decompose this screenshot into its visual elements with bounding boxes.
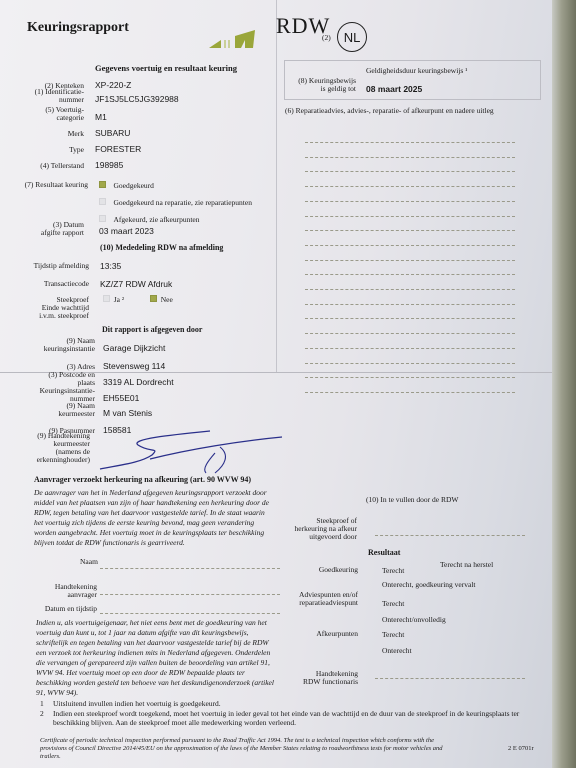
date-value: 03 maart 2023 — [99, 226, 154, 236]
field-value: M1 — [95, 112, 107, 122]
date-label: (3) Datum afgifte rapport — [2, 221, 84, 237]
issuer-label: (9) Naam keurmeester — [13, 402, 95, 418]
repair-line[interactable] — [305, 333, 515, 335]
performed-label: Steekproef of herkeuring na afkeur uitge… — [275, 517, 357, 541]
name-label: Naam — [80, 557, 98, 566]
repair-line[interactable] — [305, 201, 515, 203]
issuer-value: Garage Dijkzicht — [103, 343, 165, 353]
rdw-row-label: Afkeurpunten — [276, 630, 358, 638]
field-label: Type — [2, 146, 84, 154]
result-option-label: Afgekeurd, zie afkeurpunten — [114, 215, 200, 224]
time-label: Tijdstip afmelding — [7, 262, 89, 270]
rdw-signature-label: Handtekening RDW functionaris — [276, 670, 358, 686]
repair-line[interactable] — [305, 304, 515, 306]
result-checkbox[interactable] — [99, 181, 106, 188]
rdw-signature-field[interactable] — [375, 678, 525, 680]
background-edge — [552, 0, 576, 768]
country-code: NL — [344, 30, 361, 45]
performed-field[interactable] — [375, 535, 525, 537]
signature-image — [90, 425, 290, 475]
repair-line[interactable] — [305, 260, 515, 262]
rdw-option[interactable]: Onterecht/onvolledig — [382, 615, 446, 624]
result-option[interactable]: Goedgekeurd na reparatie, zie reparatiep… — [99, 198, 252, 207]
issuer-value: M van Stenis — [103, 408, 152, 418]
transaction-value: KZ/Z7 RDW Afdruk — [100, 279, 172, 289]
repair-line[interactable] — [305, 318, 515, 320]
issuer-label: (9) Naam keuringsinstantie — [13, 337, 95, 353]
field-value: 198985 — [95, 160, 123, 170]
validity-label: (8) Keuringsbewijs is geldig tot — [273, 77, 356, 93]
vehicle-section-heading: Gegevens voertuig en resultaat keuring — [95, 63, 237, 73]
wait-label: Einde wachttijd i.v.m. steekproef — [7, 304, 89, 320]
document-title: Keuringsrapport — [27, 20, 129, 36]
repair-line[interactable] — [305, 157, 515, 159]
result-option[interactable]: Goedgekeurd — [99, 181, 154, 190]
field-value: JF1SJ5LC5JG392988 — [95, 94, 179, 104]
rdw-option[interactable]: Terecht — [382, 630, 404, 639]
applicant-signature-label: Handtekening aanvrager — [15, 583, 97, 599]
footnote-number: 2 — [40, 709, 44, 718]
issuer-value: Stevensweg 114 — [103, 361, 165, 371]
repair-line[interactable] — [305, 230, 515, 232]
field-value: FORESTER — [95, 144, 141, 154]
field-label: (5) Voertuig- categorie — [2, 106, 84, 122]
repair-line[interactable] — [305, 377, 515, 379]
repair-heading: (6) Reparatieadvies, advies-, reparatie-… — [285, 106, 494, 115]
certificate-text: Certificate of periodic technical inspec… — [40, 737, 460, 761]
reinspection-text: De aanvrager van het in Nederland afgege… — [34, 488, 274, 548]
field-value: XP-220-Z — [95, 80, 131, 90]
applicant-signature-field[interactable] — [100, 594, 280, 596]
country-note: (2) — [322, 33, 331, 42]
validity-heading: Geldigheidsduur keuringsbewijs ¹ — [366, 66, 467, 75]
rdw-option[interactable]: Terecht na herstel — [440, 560, 493, 569]
rdw-option[interactable]: Terecht — [382, 599, 404, 608]
rdw-row-label: Goedkeuring — [276, 566, 358, 574]
repair-line[interactable] — [305, 348, 515, 350]
sample-yes-label: Ja ² — [114, 295, 124, 304]
result-option-label: Goedgekeurd — [114, 181, 154, 190]
result-checkbox[interactable] — [99, 215, 106, 222]
result-option[interactable]: Afgekeurd, zie afkeurpunten — [99, 215, 200, 224]
result-option-label: Goedgekeurd na reparatie, zie reparatiep… — [114, 198, 252, 207]
repair-line[interactable] — [305, 216, 515, 218]
notification-heading: (10) Mededeling RDW na afmelding — [100, 243, 223, 252]
repair-line[interactable] — [305, 142, 515, 144]
issuer-label: (3) Postcode en plaats — [13, 371, 95, 387]
repair-line[interactable] — [305, 363, 515, 365]
rdw-row-label: Adviespunten en/of reparatieadviespunt — [276, 591, 358, 607]
datetime-label: Datum en tijdstip — [15, 605, 97, 613]
footnote-number: 1 — [40, 699, 44, 708]
reinspection-heading: Aanvrager verzoekt herkeuring na afkeuri… — [34, 475, 251, 484]
disagree-text: Indien u, als voertuigeigenaar, het niet… — [36, 618, 280, 698]
footnote-text: Indien een steekproef wordt toegekend, m… — [53, 709, 523, 727]
repair-line[interactable] — [305, 245, 515, 247]
issuer-value: 3319 AL Dordrecht — [103, 377, 174, 387]
rdw-logo-icon — [207, 28, 259, 50]
time-value: 13:35 — [100, 261, 121, 271]
result-heading: Resultaat — [368, 548, 400, 557]
transaction-label: Transactiecode — [7, 280, 89, 288]
name-field[interactable] — [100, 568, 280, 570]
footnote-text: Uitsluitend invullen indien het voertuig… — [53, 699, 523, 708]
rdw-section-heading: (10) In te vullen door de RDW — [366, 495, 458, 504]
sample-no-checkbox[interactable] — [150, 295, 157, 302]
field-value: SUBARU — [95, 128, 130, 138]
issuer-heading: Dit rapport is afgegeven door — [102, 325, 202, 334]
signature-label: (9) Handtekening keurmeester (namens de … — [8, 432, 90, 464]
repair-line[interactable] — [305, 171, 515, 173]
field-label: Merk — [2, 130, 84, 138]
issuer-value: EH55E01 — [103, 393, 139, 403]
result-checkbox[interactable] — [99, 198, 106, 205]
field-label: (4) Tellerstand — [2, 162, 84, 170]
sample-yes-checkbox[interactable] — [103, 295, 110, 302]
sample-yes-option[interactable]: Ja ² — [103, 295, 124, 304]
sample-no-label: Nee — [161, 295, 173, 304]
validity-value: 08 maart 2025 — [366, 84, 422, 94]
repair-line[interactable] — [305, 274, 515, 276]
country-code-badge: NL — [337, 22, 367, 52]
form-code: 2 E 0701r — [508, 745, 534, 752]
field-label: (1) Identificatie- nummer — [2, 88, 84, 104]
result-label: (7) Resultaat keuring — [2, 181, 88, 189]
repair-line[interactable] — [305, 289, 515, 291]
rdw-option[interactable]: Onterecht, goedkeuring vervalt — [382, 580, 476, 589]
repair-line[interactable] — [305, 186, 515, 188]
rdw-option[interactable]: Terecht — [382, 566, 404, 575]
sample-no-option[interactable]: Nee — [150, 295, 173, 304]
fold-line-vertical — [276, 0, 277, 372]
datetime-field[interactable] — [100, 613, 280, 615]
repair-line[interactable] — [305, 392, 515, 394]
rdw-option[interactable]: Onterecht — [382, 646, 412, 655]
